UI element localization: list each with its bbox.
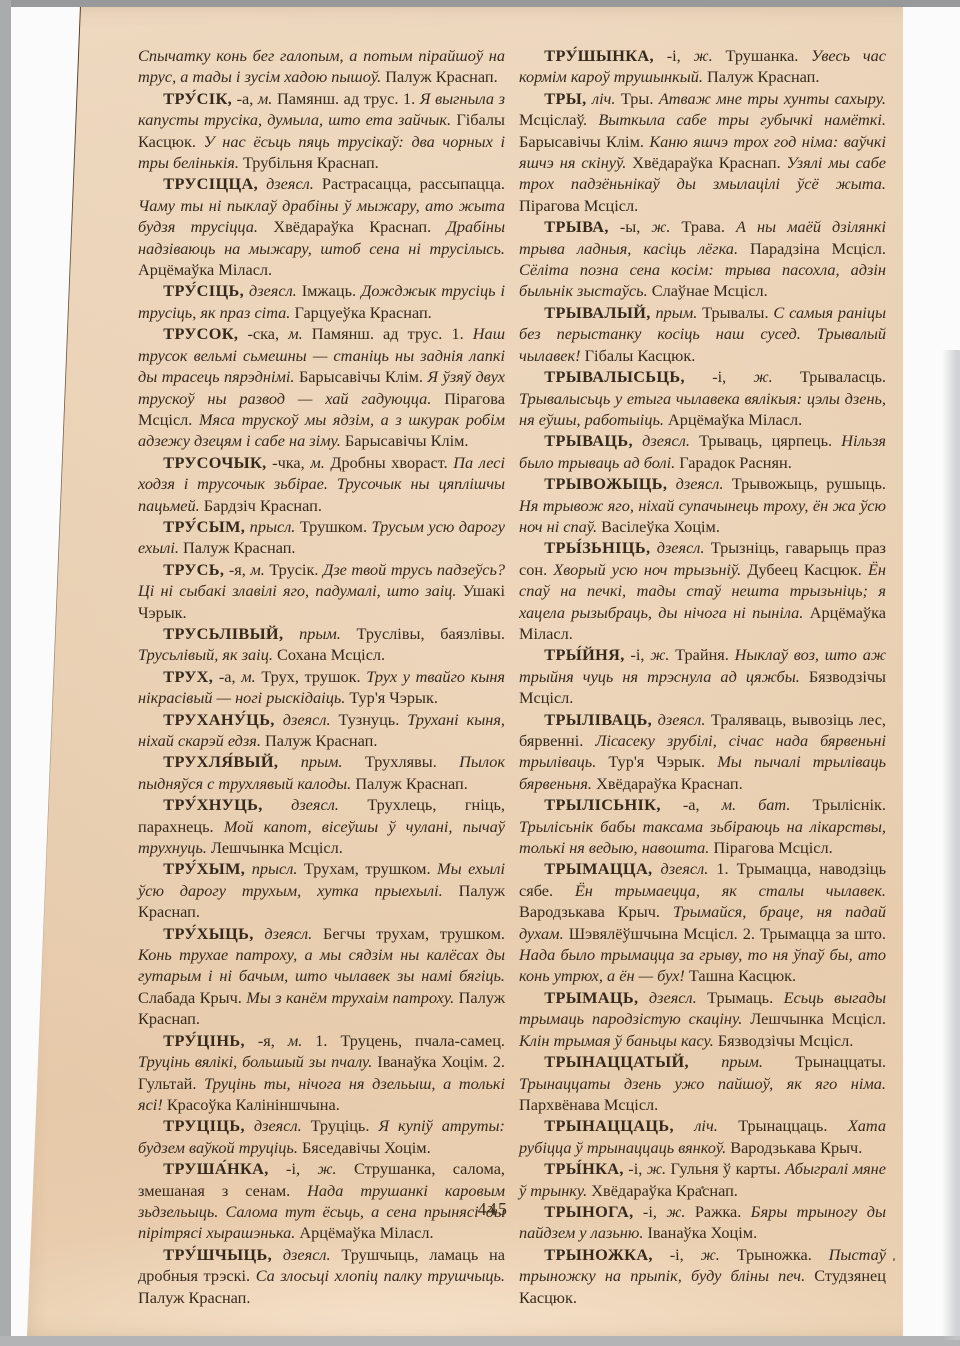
entry-italic-run: ж. [647,1159,666,1178]
entry-text-run: -і, [654,46,694,65]
entry-text-run: Труціць. [302,1116,379,1135]
dictionary-entry: ТРЫНАЦЦАЦЬ, ліч. Трынаццаць. Хата рубіцц… [519,1115,886,1158]
entry-text-run: Памянш. ад трус. 1. [303,324,473,343]
entry-italic-run: ж. [651,217,670,236]
entry-text-run: Васілеўка Хоцім. [597,517,720,536]
entry-text-run: Гарцуеўка Краснап. [290,303,431,322]
entry-italic-run: Трусьлівый, як заіц. [138,645,273,664]
entry-headword: ТРЫВА, [544,217,609,236]
entry-italic-run: прым. [689,1052,763,1071]
scanner-edge-top [0,0,960,7]
entry-italic-run: Хворый усю ноч трызьніў. [553,560,741,579]
entry-headword: ТРУХАНУ́ЦЬ, [163,710,274,729]
entry-italic-run: дзеясл. [272,1245,331,1264]
dictionary-entry: ТРЫВАЛЫЙ, прым. Трывалы. С самыя раніцы … [519,302,886,366]
entry-text-run: Слаўнае Мсцісл. [648,281,768,300]
entry-text-run: -я, [245,1031,288,1050]
entry-headword: ТРУСОЧЫК, [163,453,266,472]
entry-continuation: Спычатку конь бег галопым, а потым пірай… [138,45,505,88]
entry-italic-run: прым. [283,624,340,643]
entry-italic-run: м. [288,324,302,343]
entry-text-run: Трух, трушок. [256,667,367,686]
scanner-edge-left [0,0,11,1346]
entry-italic-run: ж. [754,367,773,386]
entry-headword: ТРУСЬЛІВЫЙ, [163,624,283,643]
entry-italic-run: м. бат. [722,795,791,814]
entry-italic-run: прысл. [245,517,295,536]
entry-text-run: Трушанка. [713,46,811,65]
entry-text-run: Хвёдараўка Краснап. [592,774,743,793]
entry-text-run: Ражка. [685,1202,750,1221]
entry-headword: ТРУ́СІЦЬ, [163,281,244,300]
entry-text-run: Арцёмаўка Міласл. [664,410,802,429]
page-number: 445 [433,1199,553,1220]
entry-text-run: Красоўка Калініншчына. [163,1095,340,1114]
entry-italic-run: дзеясл. [244,281,297,300]
dictionary-entry: ТРУСЬЛІВЫЙ, прым. Труслівы, баязлівы. Тр… [138,623,505,666]
entry-text-run: Арцёмаўка Міласл. [138,260,272,279]
entry-text-run: Тур'я Чэрык. [596,752,717,771]
entry-text-run: Лешчынка Мсцісл. [207,838,343,857]
entry-text-run: Трухам, трушком. [297,859,437,878]
entry-headword: ТРУША́НКА, [163,1159,268,1178]
entry-text-run: -і, [634,1202,667,1221]
entry-text-run: Трывалы. [697,303,773,322]
entry-text-run: Бегчы трухам, трушком. [312,924,505,943]
entry-italic-run: дзеясл. [263,795,339,814]
dictionary-entry: ТРЫЛІВАЦЬ, дзеясл. Траляваць, вывозіць л… [519,709,886,795]
entry-text-run: Трынаццаты. [763,1052,886,1071]
entry-headword: ТРЫ́НКА, [544,1159,624,1178]
entry-text-run: Трыліснік. [790,795,886,814]
entry-text-run: -ы, [609,217,651,236]
entry-text-run: Барысавічы Клім. [294,367,427,386]
dictionary-entry: ТРУ́ХЫЦЬ, дзеясл. Бегчы трухам, трушком.… [138,923,505,1030]
entry-text-run: Пірагова Мсцісл. [709,838,832,857]
entry-text-run: Трушком. [295,517,371,536]
entry-headword: ТРЫМАЦЦА, [544,859,652,878]
entry-text-run: -а, [232,89,258,108]
entry-italic-run: дзеясл. [245,1116,302,1135]
entry-text-run: Пірагова Мсцісл. [519,196,638,215]
dictionary-entry: ТРЫВАЦЬ, дзеясл. Трываць, цярпець. Нільз… [519,430,886,473]
entry-headword: ТРЫНАЦЦАТЫЙ, [544,1052,689,1071]
dictionary-entry: ТРУ́ШЧЫЦЬ, дзеясл. Трушчыць, ламаць на д… [138,1244,505,1308]
entry-italic-run: ж. [694,46,713,65]
dictionary-entry: ТРУ́СЫМ, прысл. Трушком. Трусым усю даро… [138,516,505,559]
entry-headword: ТРЫ́ЙНЯ, [544,645,624,664]
entry-headword: ТРЫВАЛЫСЬЦЬ, [544,367,685,386]
entry-text-run: Хвёдараўка Краснап. [587,1181,738,1200]
entry-italic-run: ж. [317,1159,336,1178]
entry-headword: ТРУ́ШЧЫЦЬ, [163,1245,272,1264]
entry-headword: ТРЫЛІВАЦЬ, [544,710,652,729]
dictionary-entry: ТРУ́СІК, -а, м. Памянш. ад трус. 1. Я вы… [138,88,505,174]
entry-text-run: Палуж Краснап. [179,538,296,557]
entry-headword: ТРЫЛІСЬНІК, [544,795,661,814]
entry-headword: ТРУХ, [163,667,213,686]
entry-italic-run: прысл. [245,859,297,878]
entry-text-run: Шэвялёўшчына Мсцісл. 2. Трымацца за што. [564,924,886,943]
entry-italic-run: ж. [666,1202,685,1221]
entry-text-run: Дубеец Касцюк. [741,560,868,579]
entry-italic-run: Мы з канём трухаім патроху. [246,988,454,1007]
dust-speck [838,336,840,338]
entry-text-run: Тры. [615,89,658,108]
dictionary-entry: ТРЫВАЛЫСЬЦЬ, -і, ж. Трываласць. Трывалыс… [519,366,886,430]
entry-text-run: Памянш. ад трус. 1. [272,89,419,108]
entry-headword: ТРУСОК, [163,324,238,343]
entry-italic-run: м. [310,453,324,472]
entry-text-run: Гібалы Касцюк. [581,346,696,365]
entry-text-run: -і, [624,1159,647,1178]
entry-italic-run: ліч. [674,1116,718,1135]
entry-headword: ТРУ́ЦІНЬ, [163,1031,245,1050]
entry-text-run: Труслівы, баязлівы. [341,624,505,643]
entry-headword: ТРЫВАЛЫЙ, [544,303,650,322]
entry-italic-run: Конь трухае патроху, а мы сядзім ны калё… [138,945,505,985]
entry-text-run: -я, [224,560,250,579]
entry-text-run: Тур'я Чэрык. [345,688,438,707]
entry-italic-run: м. [250,560,264,579]
dictionary-entry: ТРУХ, -а, м. Трух, трушок. Трух у твайго… [138,666,505,709]
dictionary-entry: ТРЫ, ліч. Тры. Атваж мне тры хунты сахыр… [519,88,886,216]
entry-text-run: Палуж Краснап. [381,67,498,86]
entry-text-run: Ташна Касцюк. [685,966,796,985]
entry-italic-run: дзеясл. [638,988,696,1007]
entry-text-run: Пархвёнава Мсцісл. [519,1095,658,1114]
entry-italic-run: Клін трымая ў баньцы касу. [519,1031,714,1050]
entry-text-run: Гульня ў карты. [666,1159,785,1178]
dictionary-entry: ТРУСОЧЫК, -чка, м. Дробны хвораст. Па ле… [138,452,505,516]
dictionary-entry: ТРЫНАЦЦАТЫЙ, прым. Трынаццаты. Трынаццат… [519,1051,886,1115]
entry-text-run: Трыножка. [720,1245,829,1264]
dictionary-entry: ТРУ́ЦІНЬ, -я, м. 1. Труцень, пчала-самец… [138,1030,505,1116]
entry-italic-run: дзеясл. [258,174,314,193]
entry-text-run: Палуж Краснап. [351,774,468,793]
entry-italic-run: дзеясл. [633,431,690,450]
entry-text-run: Арцёмаўка Міласл. [295,1223,433,1242]
entry-text-run: Парадзіна Мсцісл. [738,239,886,258]
entry-headword: ТРЫНОГА, [544,1202,633,1221]
entry-text-run: Трынаццаць. [718,1116,848,1135]
scanner-edge-right-streak [942,350,960,1340]
entry-italic-run: дзеясл. [667,474,723,493]
entry-italic-run: дзеясл. [254,924,313,943]
entry-headword: ТРЫ́ЗЬНІЦЬ, [544,538,650,557]
entry-headword: ТРУСІЦЦА, [163,174,258,193]
dictionary-entry: ТРЫ́ЗЬНІЦЬ, дзеясл. Трызніць, гаварыць п… [519,537,886,644]
entry-italic-run: Выткыла сабе тры губычкі намёткі. [598,110,886,129]
entry-headword: ТРЫМАЦЬ, [544,988,638,1007]
entry-text-run: Бязводзічы Мсцісл. [714,1031,854,1050]
entry-italic-run: м. [288,1031,302,1050]
dictionary-entry: ТРУСІЦЦА, дзеясл. Растрасацца, рассыпацц… [138,173,505,280]
entry-text-run: Бяседавічы Хоцім. [298,1138,431,1157]
entry-headword: ТРЫНАЦЦАЦЬ, [544,1116,674,1135]
entry-text-run: Трусік. [265,560,323,579]
entry-italic-run: Са злосьці хлопіц палку трушчыць. [256,1266,505,1285]
entry-italic-run: прым. [278,752,342,771]
dictionary-entry: ТРЫЛІСЬНІК, -а, м. бат. Трыліснік. Трылі… [519,794,886,858]
entry-italic-run: Ён трымаецца, як сталы чылавек. [575,881,886,900]
dictionary-entry: ТРЫНОЖКА, -і, ж. Трыножка. Пыстаў трынож… [519,1244,886,1308]
entry-italic-run: ліч. [587,89,616,108]
dictionary-column-left: Спычатку конь бег галопым, а потым пірай… [138,45,505,1308]
entry-text-run: Лешчынка Мсцісл. [742,1009,886,1028]
entry-headword: ТРУ́ШЫНКА, [544,46,654,65]
dictionary-entry: ТРЫ́НКА, -і, ж. Гульня ў карты. Абыгралі… [519,1158,886,1201]
entry-text-run: -ска, [238,324,288,343]
entry-headword: ТРУ́СІК, [163,89,232,108]
dictionary-entry: ТРЫВА, -ы, ж. Трава. А ны маёй дзілянкі … [519,216,886,302]
entry-headword: ТРУХЛЯ́ВЫЙ, [163,752,278,771]
entry-text-run: Трываласць. [773,367,886,386]
entry-text-run: Трымаць. [697,988,784,1007]
entry-headword: ТРУ́ХНУЦЬ, [163,795,262,814]
dictionary-entry: ТРУХАНУ́ЦЬ, дзеясл. Тузнуць. Трухані кын… [138,709,505,752]
entry-italic-run: Атваж мне тры хунты сахыру. [659,89,886,108]
entry-text-run: -і, [269,1159,318,1178]
entry-italic-run: Трынаццаты дзень ужо пайшоў, як яго німа… [519,1074,886,1093]
entry-headword: ТРЫ, [544,89,586,108]
entry-italic-run: дзеясл. [650,538,704,557]
dictionary-entry: ТРУ́ШЫНКА, -і, ж. Трушанка. Увесь час ко… [519,45,886,88]
entry-text-run: Мсціслаў. [519,110,598,129]
dictionary-entry: ТРЫМАЦЦА, дзеясл. 1. Трымацца, наводзіць… [519,858,886,986]
entry-text-run: Растрасацца, рассыпацца. [314,174,505,193]
entry-text-run: Трываць, цярпець. [690,431,841,450]
dictionary-entry: ТРЫМАЦЬ, дзеясл. Трымаць. Есьць выгады т… [519,987,886,1051]
entry-text-run: Трава. [671,217,737,236]
entry-italic-run: дзеясл. [652,859,708,878]
entry-text-run: Трубільня Краснап. [239,153,379,172]
entry-headword: ТРУ́СЫМ, [163,517,245,536]
entry-text-run: Сохана Мсцісл. [273,645,385,664]
dictionary-entry: ТРЫ́ЙНЯ, -і, ж. Трайня. Ныклаў воз, што … [519,644,886,708]
entry-italic-run: дзеясл. [652,710,705,729]
entry-text-run: Трывожыць, рушыць. [723,474,886,493]
entry-italic-run: ж. [650,645,669,664]
dictionary-entry: ТРУСЬ, -я, м. Трусік. Дзе твой трусь пад… [138,559,505,623]
dust-speck [701,1186,704,1189]
dictionary-entry: ТРУ́СІЦЬ, дзеясл. Імжаць. Дожджык трусіц… [138,280,505,323]
entry-text-run: Хвёдараўка Краснап. [258,217,447,236]
entry-text-run: -а, [661,795,722,814]
scanner-edge-bottom [0,1336,960,1346]
entry-italic-run: дзеясл. [275,710,331,729]
dictionary-entry: ТРЫВОЖЫЦЬ, дзеясл. Трывожыць, рушыць. Ня… [519,473,886,537]
book-page: Спычатку конь бег галопым, а потым пірай… [0,0,960,1346]
entry-headword: ТРУЦІЦЬ, [163,1116,245,1135]
entry-text-run: -і, [685,367,754,386]
dictionary-column-right: ТРУ́ШЫНКА, -і, ж. Трушанка. Увесь час ко… [519,45,886,1308]
dictionary-entry: ТРУХЛЯ́ВЫЙ, прым. Трухлявы. Пылок пыдняў… [138,751,505,794]
entry-text-run: Тузнуць. [331,710,408,729]
entry-text-run: -і, [625,645,651,664]
entry-text-run: Палуж Краснап. [703,67,820,86]
dictionary-entry: ТРУ́ХЫМ, прысл. Трухам, трушком. Мы ехыл… [138,858,505,922]
entry-headword: ТРУ́ХЫМ, [163,859,245,878]
entry-text-run: Трухлявы. [343,752,460,771]
entry-text-run: Гарадок Раснян. [675,453,792,472]
dictionary-entry: ТРУСОК, -ска, м. Памянш. ад трус. 1. Наш… [138,323,505,451]
scanned-page-canvas: Спычатку конь бег галопым, а потым пірай… [0,0,960,1346]
entry-italic-run: Труцінь вялікі, большый зы пчалу. [138,1052,372,1071]
entry-text-run: Іванаўка Хоцім. [643,1223,757,1242]
entry-text-run: Палуж Краснап. [261,731,378,750]
dictionary-entry: ТРУ́ХНУЦЬ, дзеясл. Трухлець, гніць, пара… [138,794,505,858]
entry-headword: ТРЫНОЖКА, [544,1245,653,1264]
entry-text-run: Барысавічы Клім. [519,132,649,151]
entry-text-run: -чка, [267,453,311,472]
entry-headword: ТРЫВАЦЬ, [544,431,633,450]
dust-speck [893,1258,895,1261]
page-spine-shadow [24,5,81,1336]
entry-text-run: Вародзькава Крыч. [519,902,673,921]
entry-text-run: Імжаць. [297,281,361,300]
dictionary-entry: ТРЫНОГА, -і, ж. Ражка. Бяры трыногу ды п… [519,1201,886,1244]
entry-text-run: Бардзіч Краснап. [200,496,322,515]
entry-headword: ТРУ́ХЫЦЬ, [163,924,253,943]
entry-headword: ТРУСЬ, [163,560,224,579]
entry-italic-run: м. [258,89,272,108]
dictionary-entry: ТРУЦІЦЬ, дзеясл. Труціць. Я купіў атруты… [138,1115,505,1158]
entry-text-run: Дробны хвораст. [325,453,453,472]
entry-text-run: Хвёдараўка Краснап. [626,153,786,172]
entry-text-run: Палуж Краснап. [138,1288,250,1307]
entry-text-run: Вародзькава Крыч. [726,1138,862,1157]
entry-text-run: -і, [653,1245,701,1264]
entry-italic-run: прым. [651,303,698,322]
entry-text-run: Слабада Крыч. [138,988,246,1007]
entry-italic-run: ж. [701,1245,720,1264]
entry-text-run: Трайня. [669,645,734,664]
entry-text-run: -а, [213,667,241,686]
entry-text-run: Барысавічы Клім. [341,431,469,450]
entry-text-run: 1. Труцень, пчала-самец. [302,1031,505,1050]
entry-italic-run: м. [241,667,255,686]
entry-headword: ТРЫВОЖЫЦЬ, [544,474,667,493]
